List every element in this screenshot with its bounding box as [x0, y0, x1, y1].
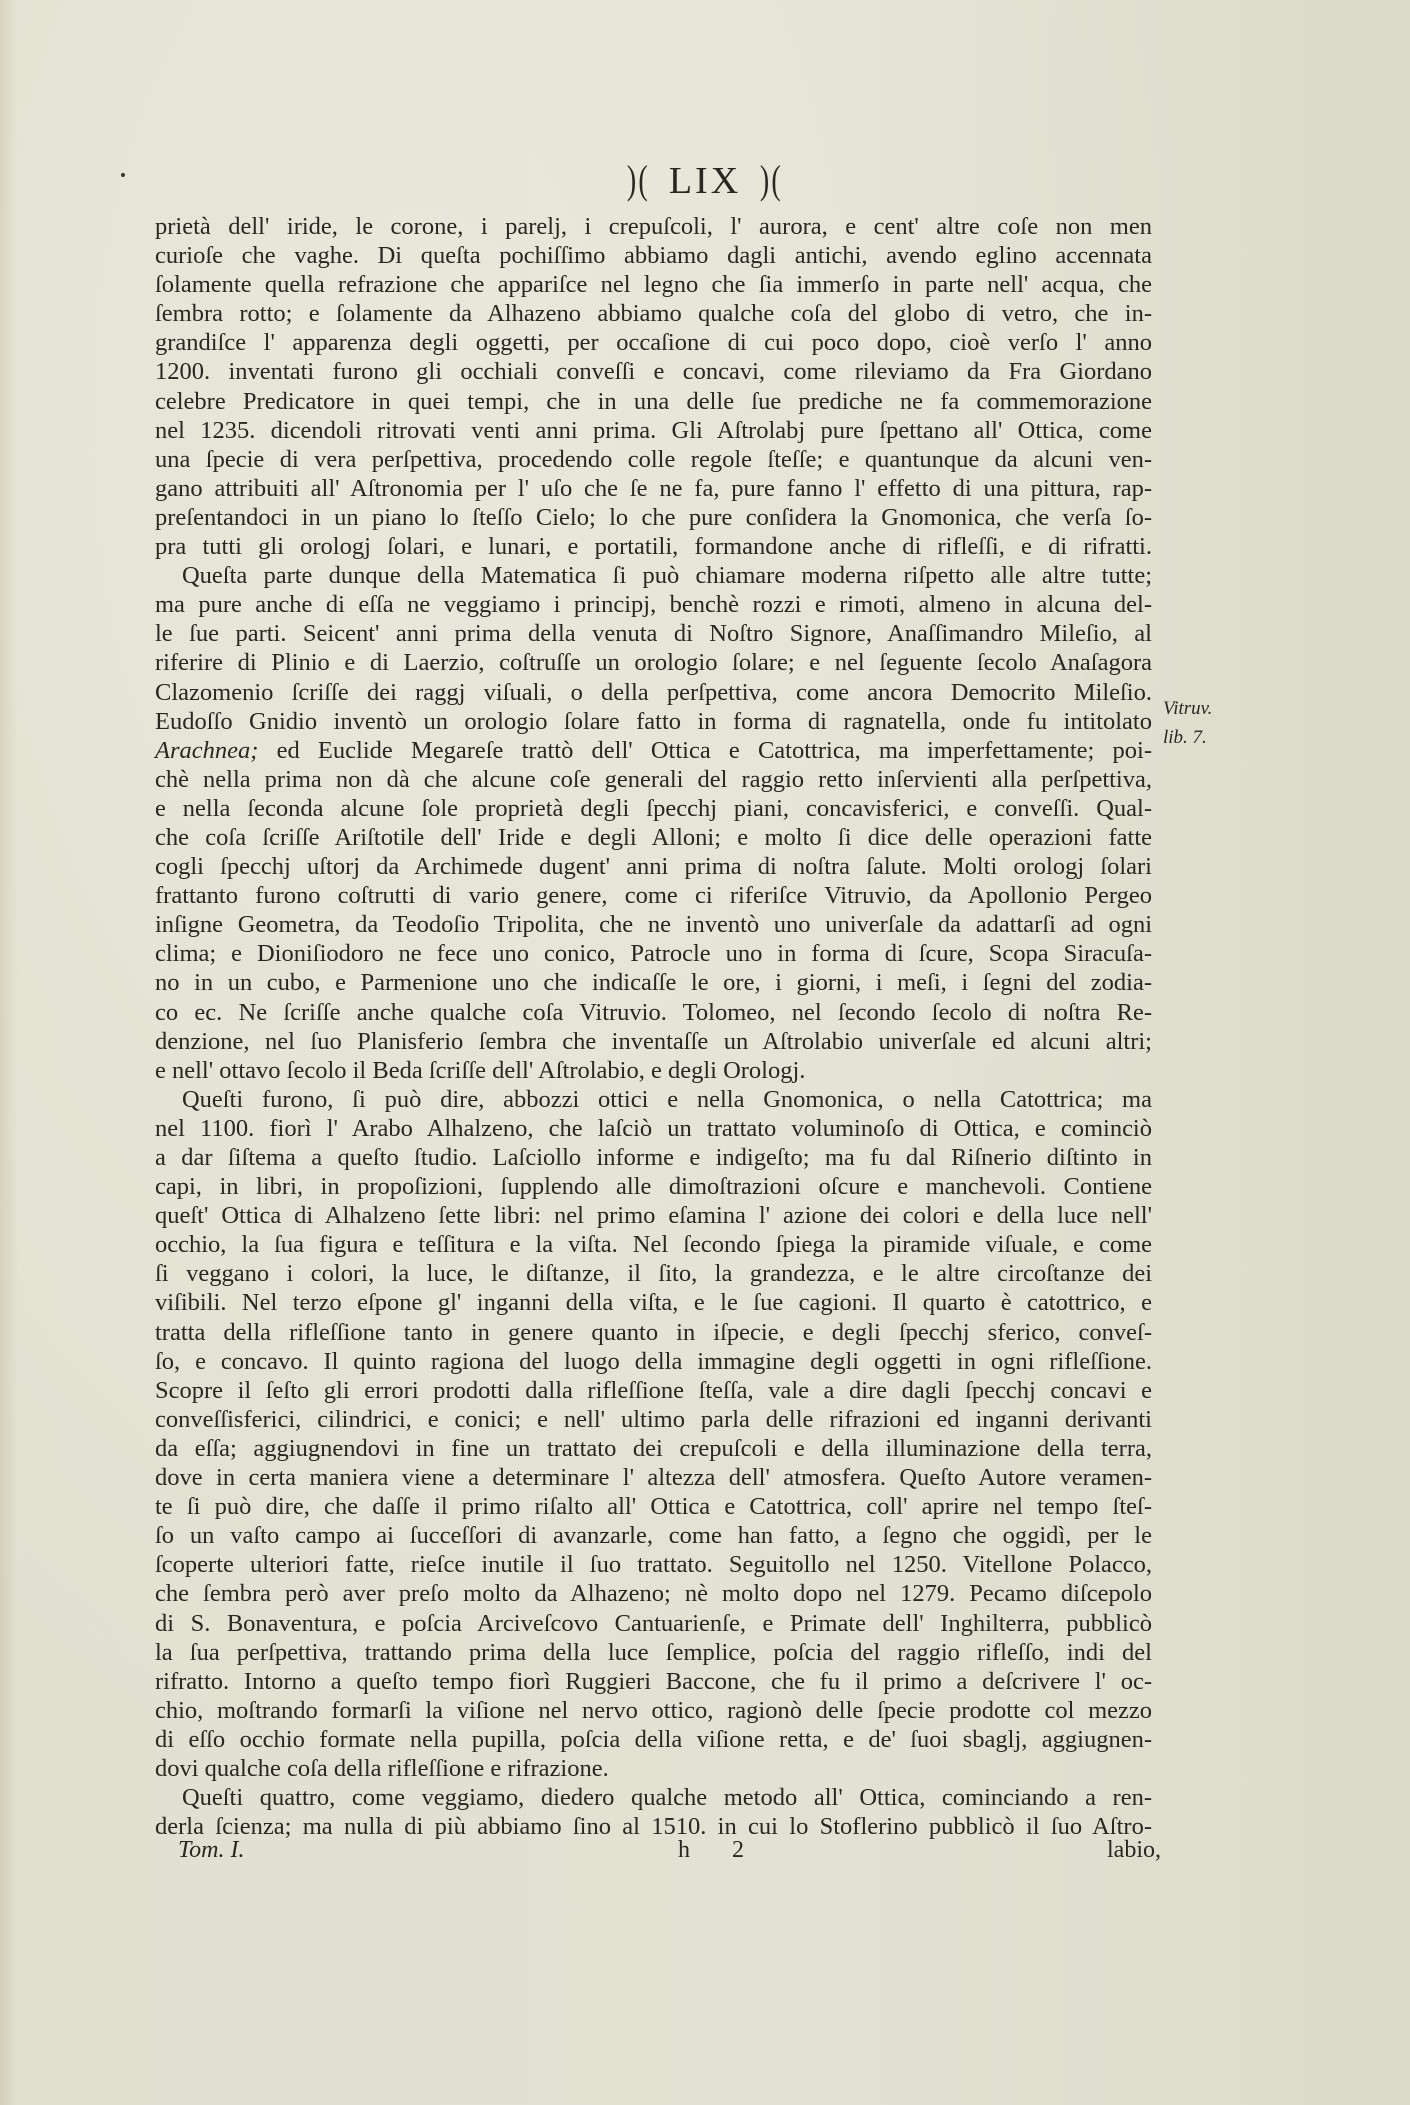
marginal-note: Vitruv. lib. 7. [1163, 694, 1212, 752]
text-line: Queſti quattro, come veggiamo, diedero q… [155, 1783, 1152, 1812]
italic-title: Arachnea; [155, 737, 258, 764]
text-line: ſembra rotto; e ſolamente da Alhazeno ab… [155, 299, 1152, 328]
body-text: prietà dell' iride, le corone, i parelj,… [155, 212, 1152, 1841]
text-line: tratta della rifleſſione tanto in genere… [155, 1318, 1152, 1347]
text-line: cogli ſpecchj uſtorj da Archimede dugent… [155, 852, 1152, 881]
text-line: e nell' ottavo ſecolo il Beda ſcriſſe de… [155, 1056, 1152, 1085]
text-line: co ec. Ne ſcriſſe anche qualche coſa Vit… [155, 998, 1152, 1027]
running-head: )(LIX)( [0, 158, 1410, 203]
text-line: e nella ſeconda alcune ſole proprietà de… [155, 794, 1152, 823]
text-line: di eſſo occhio formate nella pupilla, po… [155, 1725, 1152, 1754]
left-ornament: )( [627, 158, 650, 202]
text-line: gano attribuiti all' Aſtronomia per l' u… [155, 474, 1152, 503]
text-line: Eudoſſo Gnidio inventò un orologio ſolar… [155, 707, 1152, 736]
text-line: denzione, nel ſuo Planisferio ſembra che… [155, 1027, 1152, 1056]
text-line: curioſe che vaghe. Di queſta pochiſſimo … [155, 241, 1152, 270]
text-line: Queſti furono, ſi può dire, abbozzi otti… [155, 1085, 1152, 1114]
text-line: di S. Bonaventura, e poſcia Arciveſcovo … [155, 1609, 1152, 1638]
text-line: ſolamente quella refrazione che appariſc… [155, 270, 1152, 299]
text-line: inſigne Geometra, da Teodoſio Tripolita,… [155, 910, 1152, 939]
text-line: da eſſa; aggiugnendovi in fine un tratta… [155, 1434, 1152, 1463]
text-line: frattanto furono coſtrutti di vario gene… [155, 881, 1152, 910]
text-line: 1200. inventati furono gli occhiali conv… [155, 357, 1152, 386]
text-line: riferire di Plinio e di Laerzio, coſtruſ… [155, 648, 1152, 677]
text-line: celebre Predicatore in quei tempi, che i… [155, 387, 1152, 416]
text-line: prietà dell' iride, le corone, i parelj,… [155, 212, 1152, 241]
text-line: dove in certa maniera viene a determinar… [155, 1463, 1152, 1492]
text-line: no in un cubo, e Parmenione uno che indi… [155, 968, 1152, 997]
text-line: grandiſce l' apparenza degli oggetti, pe… [155, 328, 1152, 357]
marginal-note-source: Vitruv. [1163, 694, 1212, 723]
text-line: viſibili. Nel terzo eſpone gl' inganni d… [155, 1288, 1152, 1317]
text-line: a dar ſiſtema a queſto ſtudio. Laſciollo… [155, 1143, 1152, 1172]
catchword: labio, [1107, 1835, 1161, 1865]
text-line: Clazomenio ſcriſſe dei raggj viſuali, o … [155, 678, 1152, 707]
text-line: ſi veggano i colori, la luce, le diſtanz… [155, 1259, 1152, 1288]
text-line: Scopre il ſeſto gli errori prodotti dall… [155, 1376, 1152, 1405]
text-line: nel 1100. fiorì l' Arabo Alhalzeno, che … [155, 1114, 1152, 1143]
text-line: una ſpecie di vera perſpettiva, proceden… [155, 445, 1152, 474]
book-page: )(LIX)( prietà dell' iride, le corone, i… [0, 0, 1410, 2105]
text-line: chio, moſtrando formarſi la viſione nel … [155, 1696, 1152, 1725]
text-line: ma pure anche di eſſa ne veggiamo i prin… [155, 590, 1152, 619]
text-line: occhio, la ſua figura e teſſitura e la v… [155, 1230, 1152, 1259]
marginal-note-book: lib. 7. [1163, 723, 1212, 752]
text-line: Queſta parte dunque della Matematica ſi … [155, 561, 1152, 590]
text-line: pra tutti gli orologj ſolari, e lunari, … [155, 532, 1152, 561]
text-line: preſentandoci in un piano lo ſteſſo Ciel… [155, 503, 1152, 532]
text-line: ſo un vaſto campo ai ſucceſſori di avanz… [155, 1521, 1152, 1550]
text-line: nel 1235. dicendoli ritrovati venti anni… [155, 416, 1152, 445]
text-line: te ſi può dire, che daſſe il primo riſal… [155, 1492, 1152, 1521]
signature-mark: h 2 [610, 1835, 830, 1865]
text-line: dovi qualche coſa della rifleſſione e ri… [155, 1754, 1152, 1783]
text-line-content: ed Euclide Megareſe trattò dell' Ottica … [277, 737, 1152, 764]
text-line: ſo, e concavo. Il quinto ragiona del luo… [155, 1347, 1152, 1376]
right-ornament: )( [760, 158, 783, 202]
text-line: le ſue parti. Seicent' anni prima della … [155, 619, 1152, 648]
text-line: clima; e Dioniſiodoro ne fece uno conico… [155, 939, 1152, 968]
text-line: che ſembra però aver preſo molto da Alha… [155, 1579, 1152, 1608]
volume-label: Tom. I. [178, 1835, 244, 1865]
text-line: capi, in libri, in propoſizioni, ſupplen… [155, 1172, 1152, 1201]
text-line: queſt' Ottica di Alhalzeno ſette libri: … [155, 1201, 1152, 1230]
text-line: chè nella prima non dà che alcune coſe g… [155, 765, 1152, 794]
text-line: ſcoperte ulteriori fatte, rieſce inutile… [155, 1550, 1152, 1579]
text-line: Arachnea; ed Euclide Megareſe trattò del… [155, 736, 1152, 765]
text-line: conveſſisferici, cilindrici, e conici; e… [155, 1405, 1152, 1434]
text-line: che coſa ſcriſſe Ariſtotile dell' Iride … [155, 823, 1152, 852]
page-number: LIX [669, 160, 741, 202]
text-line: la ſua perſpettiva, trattando prima dell… [155, 1638, 1152, 1667]
text-line: rifratto. Intorno a queſto tempo fiorì R… [155, 1667, 1152, 1696]
